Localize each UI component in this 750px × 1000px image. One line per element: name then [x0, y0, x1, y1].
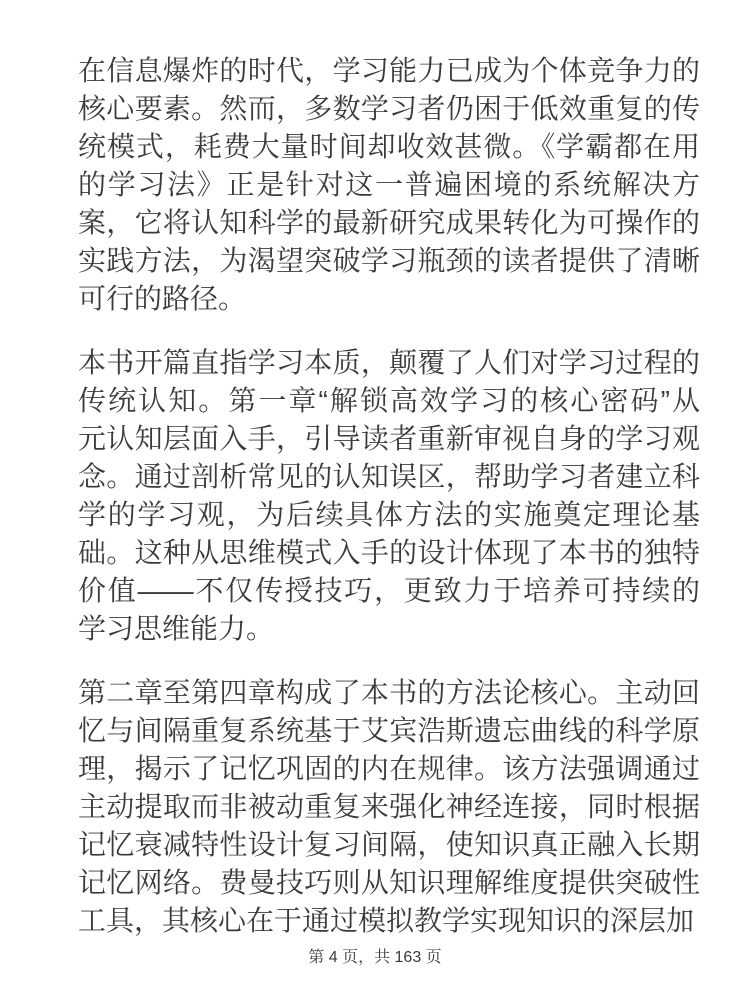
text-line: 第二章至第四章构成了本书的方法论核心。主动回	[78, 674, 700, 712]
text-line: 忆与间隔重复系统基于艾宾浩斯遗忘曲线的科学原	[78, 712, 700, 750]
text-line: 记忆衰减特性设计复习间隔，使知识真正融入长期	[78, 826, 700, 864]
page-number-indicator: 第 4 页，共 163 页	[0, 948, 750, 968]
paragraph: 本书开篇直指学习本质，颠覆了人们对学习过程的传统认知。第一章“解锁高效学习的核心…	[78, 344, 700, 648]
text-line: 价值——不仅传授技巧，更致力于培养可持续的	[78, 572, 700, 610]
page-body: 在信息爆炸的时代，学习能力已成为个体竞争力的核心要素。然而，多数学习者仍困于低效…	[78, 52, 700, 966]
text-line: 本书开篇直指学习本质，颠覆了人们对学习过程的	[78, 344, 700, 382]
text-line: 可行的路径。	[78, 280, 700, 318]
text-line: 实践方法，为渴望突破学习瓶颈的读者提供了清晰	[78, 242, 700, 280]
text-line: 案，它将认知科学的最新研究成果转化为可操作的	[78, 204, 700, 242]
text-line: 学习思维能力。	[78, 610, 700, 648]
document-page: 在信息爆炸的时代，学习能力已成为个体竞争力的核心要素。然而，多数学习者仍困于低效…	[0, 0, 750, 1000]
paragraph: 第二章至第四章构成了本书的方法论核心。主动回忆与间隔重复系统基于艾宾浩斯遗忘曲线…	[78, 674, 700, 940]
text-line: 主动提取而非被动重复来强化神经连接，同时根据	[78, 788, 700, 826]
text-line: 在信息爆炸的时代，学习能力已成为个体竞争力的	[78, 52, 700, 90]
text-line: 工具，其核心在于通过模拟教学实现知识的深层加	[78, 902, 700, 940]
text-line: 统模式，耗费大量时间却收效甚微。《学霸都在用	[78, 128, 700, 166]
text-line: 础。这种从思维模式入手的设计体现了本书的独特	[78, 534, 700, 572]
text-line: 核心要素。然而，多数学习者仍困于低效重复的传	[78, 90, 700, 128]
text-line: 记忆网络。费曼技巧则从知识理解维度提供突破性	[78, 864, 700, 902]
text-line: 念。通过剖析常见的认知误区，帮助学习者建立科	[78, 458, 700, 496]
text-line: 传统认知。第一章“解锁高效学习的核心密码”从	[78, 382, 700, 420]
text-line: 理，揭示了记忆巩固的内在规律。该方法强调通过	[78, 750, 700, 788]
text-line: 的学习法》正是针对这一普遍困境的系统解决方	[78, 166, 700, 204]
text-line: 元认知层面入手，引导读者重新审视自身的学习观	[78, 420, 700, 458]
text-line: 学的学习观，为后续具体方法的实施奠定理论基	[78, 496, 700, 534]
paragraph: 在信息爆炸的时代，学习能力已成为个体竞争力的核心要素。然而，多数学习者仍困于低效…	[78, 52, 700, 318]
